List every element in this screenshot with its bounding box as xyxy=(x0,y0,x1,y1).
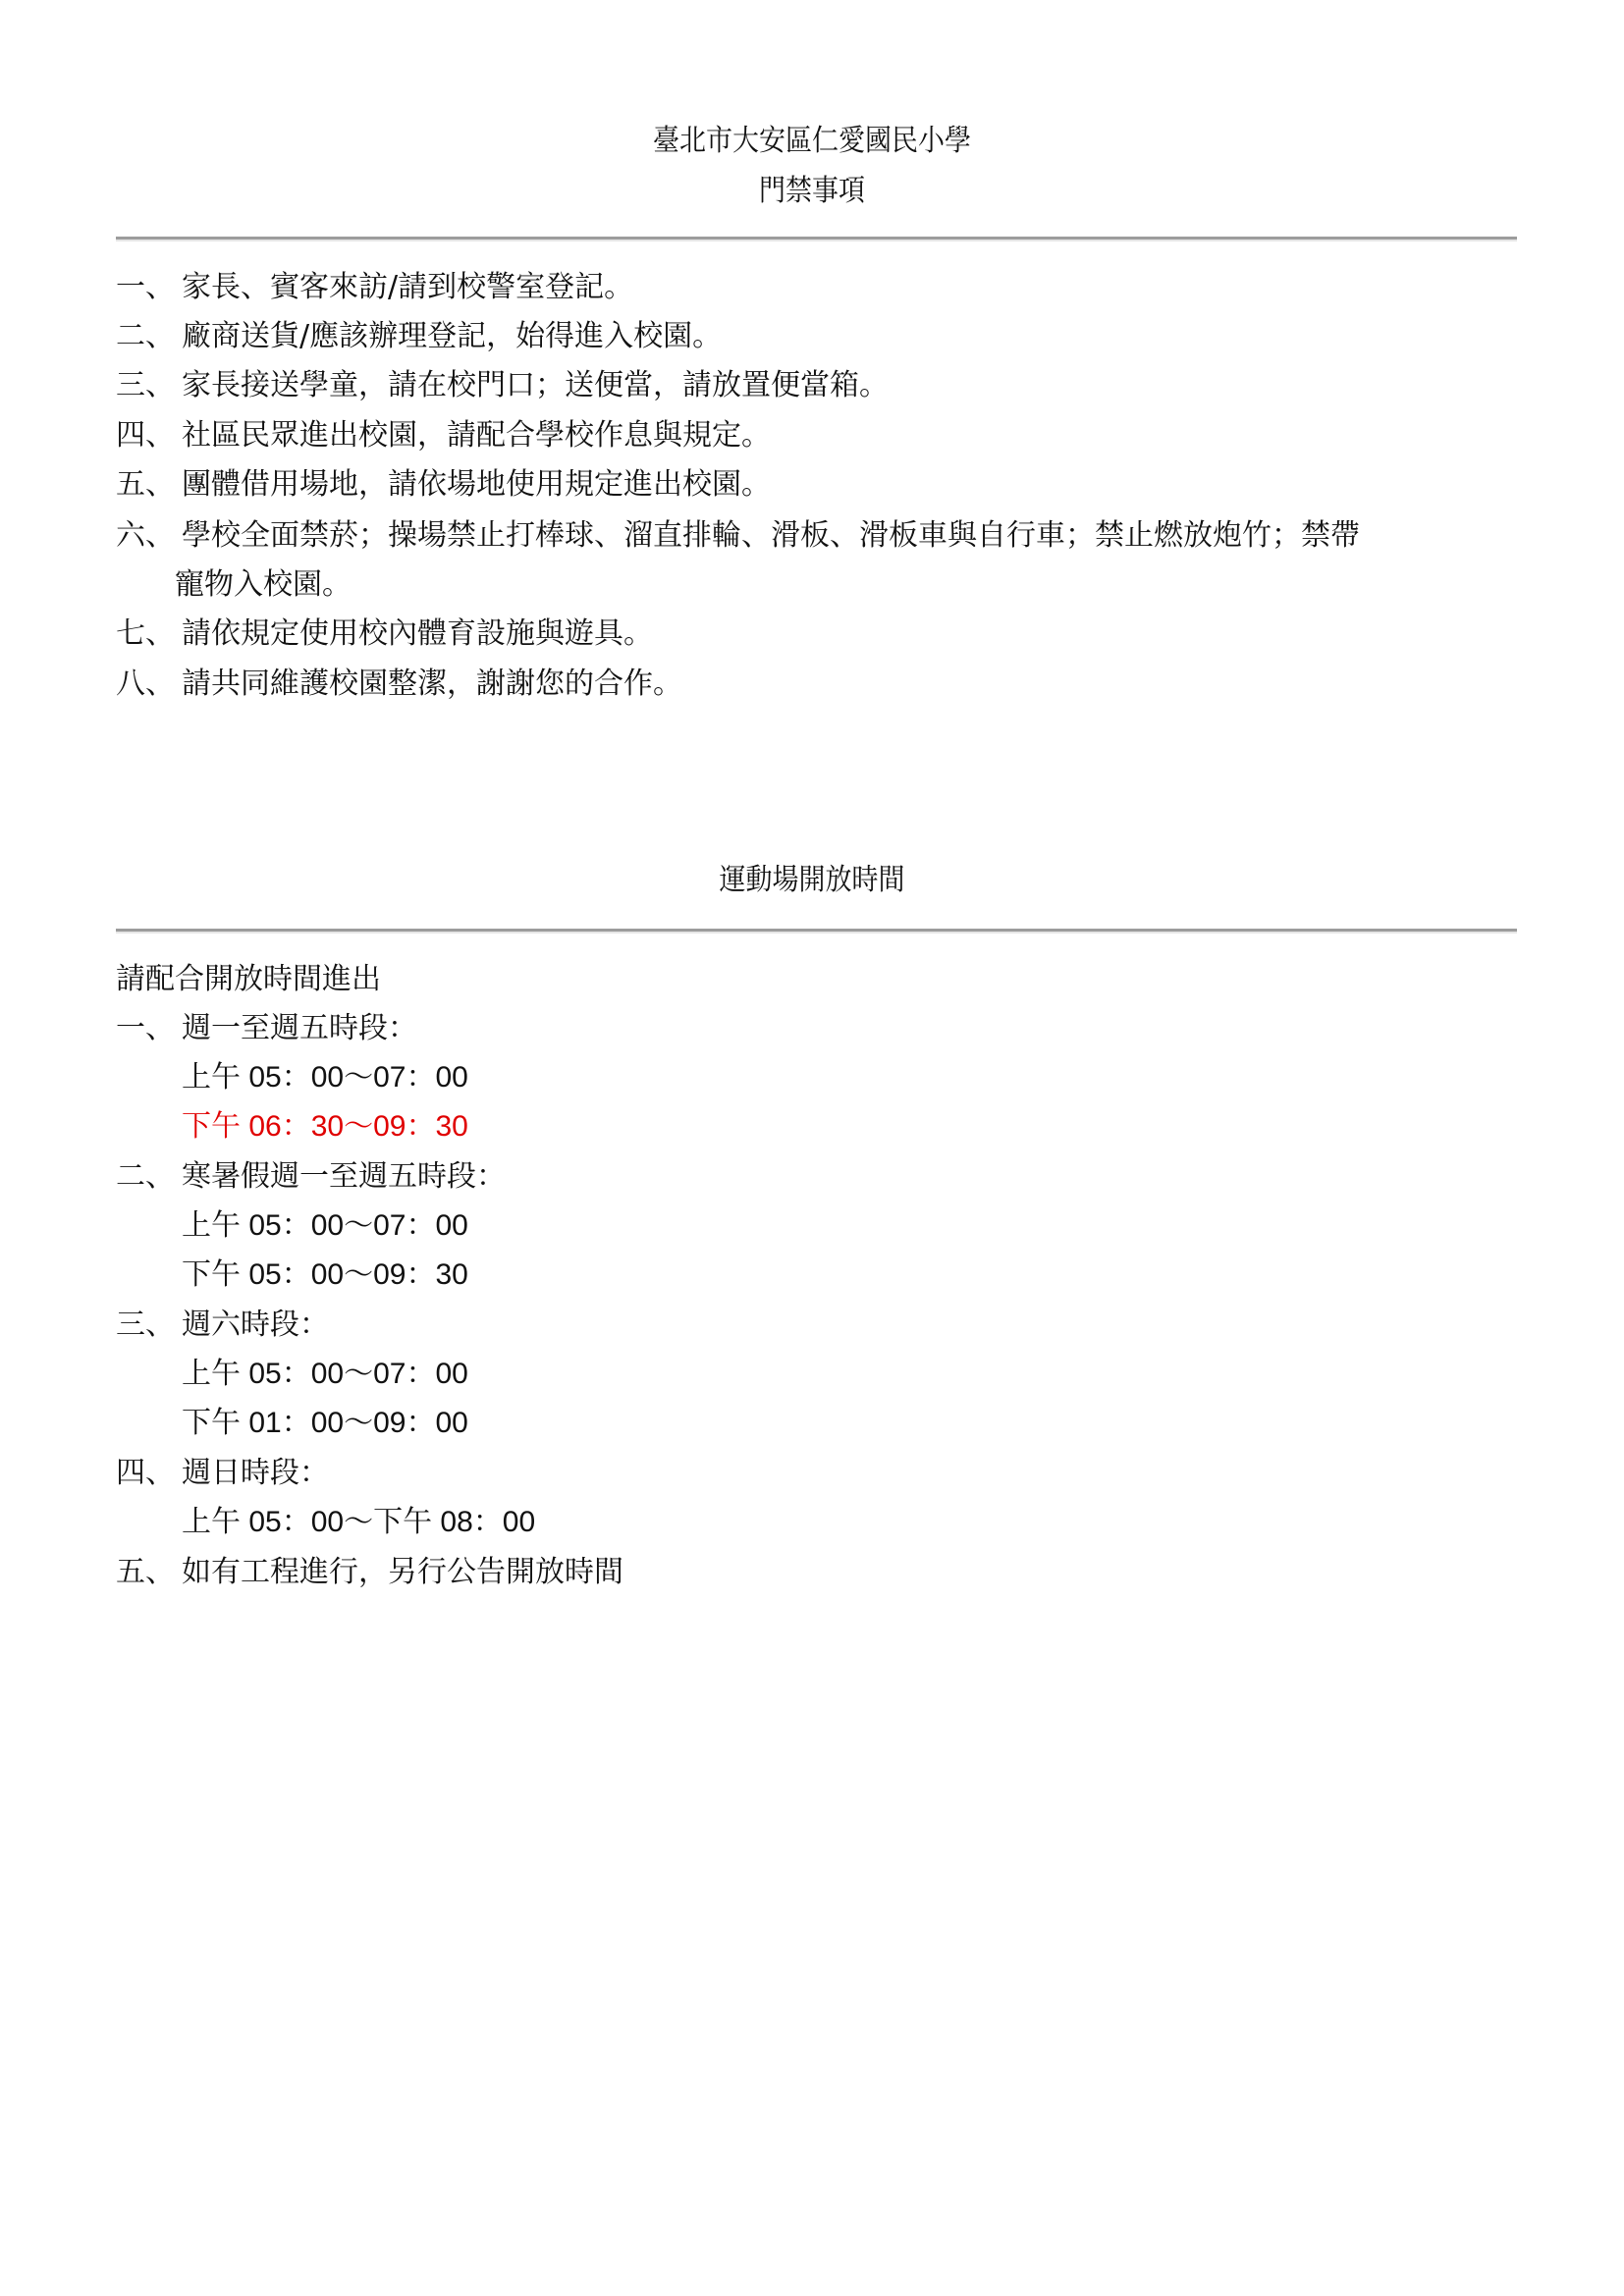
rule-number: 八、 xyxy=(116,665,182,704)
period-2-label: 二、寒暑假週一至週五時段： xyxy=(116,1157,506,1197)
rule-item-3: 三、家長接送學童，請在校門口；送便當，請放置便當箱。 xyxy=(116,366,889,405)
period-number: 五、 xyxy=(116,1553,182,1592)
period-label: 如有工程進行，另行公告開放時間 xyxy=(182,1555,623,1589)
period-number: 四、 xyxy=(116,1454,182,1493)
section1-title: 門禁事項 xyxy=(81,172,1543,211)
rule-number: 七、 xyxy=(116,614,182,654)
rule-item-6-continuation: 寵物入校園。 xyxy=(175,565,352,605)
rule-item-4: 四、社區民眾進出校園，請配合學校作息與規定。 xyxy=(116,416,771,455)
period-1-time-1: 上午 05：00～07：00 xyxy=(182,1058,468,1097)
period-number: 二、 xyxy=(116,1157,182,1197)
rule-text: 請依規定使用校內體育設施與遊具。 xyxy=(182,616,653,651)
school-name-title: 臺北市大安區仁愛國民小學 xyxy=(81,122,1543,161)
rule-number: 六、 xyxy=(116,516,182,556)
period-3-label: 三、週六時段： xyxy=(116,1306,329,1345)
period-3-time-2: 下午 01：00～09：00 xyxy=(182,1404,468,1443)
rule-item-5: 五、團體借用場地，請依場地使用規定進出校園。 xyxy=(116,465,771,505)
rule-text: 學校全面禁菸；操場禁止打棒球、溜直排輪、滑板、滑板車與自行車；禁止燃放炮竹；禁帶 xyxy=(182,518,1360,553)
period-3-time-1: 上午 05：00～07：00 xyxy=(182,1355,468,1394)
rule-text: 團體借用場地，請依場地使用規定進出校園。 xyxy=(182,467,771,502)
rule-item-2: 二、廠商送貨/應該辦理登記，始得進入校園。 xyxy=(116,317,722,356)
period-5-label: 五、如有工程進行，另行公告開放時間 xyxy=(116,1553,623,1592)
rule-number: 三、 xyxy=(116,366,182,405)
rule-number: 二、 xyxy=(116,317,182,356)
rule-item-8: 八、請共同維護校園整潔，謝謝您的合作。 xyxy=(116,665,682,704)
section2-divider xyxy=(116,929,1517,934)
period-number: 一、 xyxy=(116,1009,182,1048)
section2-intro: 請配合開放時間進出 xyxy=(116,960,381,999)
rule-number: 一、 xyxy=(116,268,182,307)
rule-number: 四、 xyxy=(116,416,182,455)
period-label: 週六時段： xyxy=(182,1308,329,1342)
period-2-time-1: 上午 05：00～07：00 xyxy=(182,1206,468,1246)
document-page: 臺北市大安區仁愛國民小學 門禁事項 一、家長、賓客來訪/請到校警室登記。 二、廠… xyxy=(0,0,1624,2296)
section2-title: 運動場開放時間 xyxy=(81,861,1543,900)
rule-text: 社區民眾進出校園，請配合學校作息與規定。 xyxy=(182,418,771,453)
rule-text: 家長、賓客來訪/請到校警室登記。 xyxy=(182,270,633,304)
rule-number: 五、 xyxy=(116,465,182,505)
rule-text: 請共同維護校園整潔，謝謝您的合作。 xyxy=(182,667,682,701)
rule-item-7: 七、請依規定使用校內體育設施與遊具。 xyxy=(116,614,653,654)
period-2-time-2: 下午 05：00～09：30 xyxy=(182,1255,468,1295)
period-label: 寒暑假週一至週五時段： xyxy=(182,1159,506,1194)
period-1-label: 一、週一至週五時段： xyxy=(116,1009,417,1048)
period-4-label: 四、週日時段： xyxy=(116,1454,329,1493)
period-number: 三、 xyxy=(116,1306,182,1345)
period-1-time-2-highlighted: 下午 06：30～09：30 xyxy=(182,1107,468,1147)
period-label: 週一至週五時段： xyxy=(182,1011,417,1045)
rule-item-6: 六、學校全面禁菸；操場禁止打棒球、溜直排輪、滑板、滑板車與自行車；禁止燃放炮竹；… xyxy=(116,516,1360,556)
section1-divider xyxy=(116,237,1517,241)
rule-item-1: 一、家長、賓客來訪/請到校警室登記。 xyxy=(116,268,633,307)
period-label: 週日時段： xyxy=(182,1456,329,1490)
rule-text: 廠商送貨/應該辦理登記，始得進入校園。 xyxy=(182,319,722,353)
rule-text: 家長接送學童，請在校門口；送便當，請放置便當箱。 xyxy=(182,368,889,402)
period-4-time-1: 上午 05：00～下午 08：00 xyxy=(182,1503,535,1542)
